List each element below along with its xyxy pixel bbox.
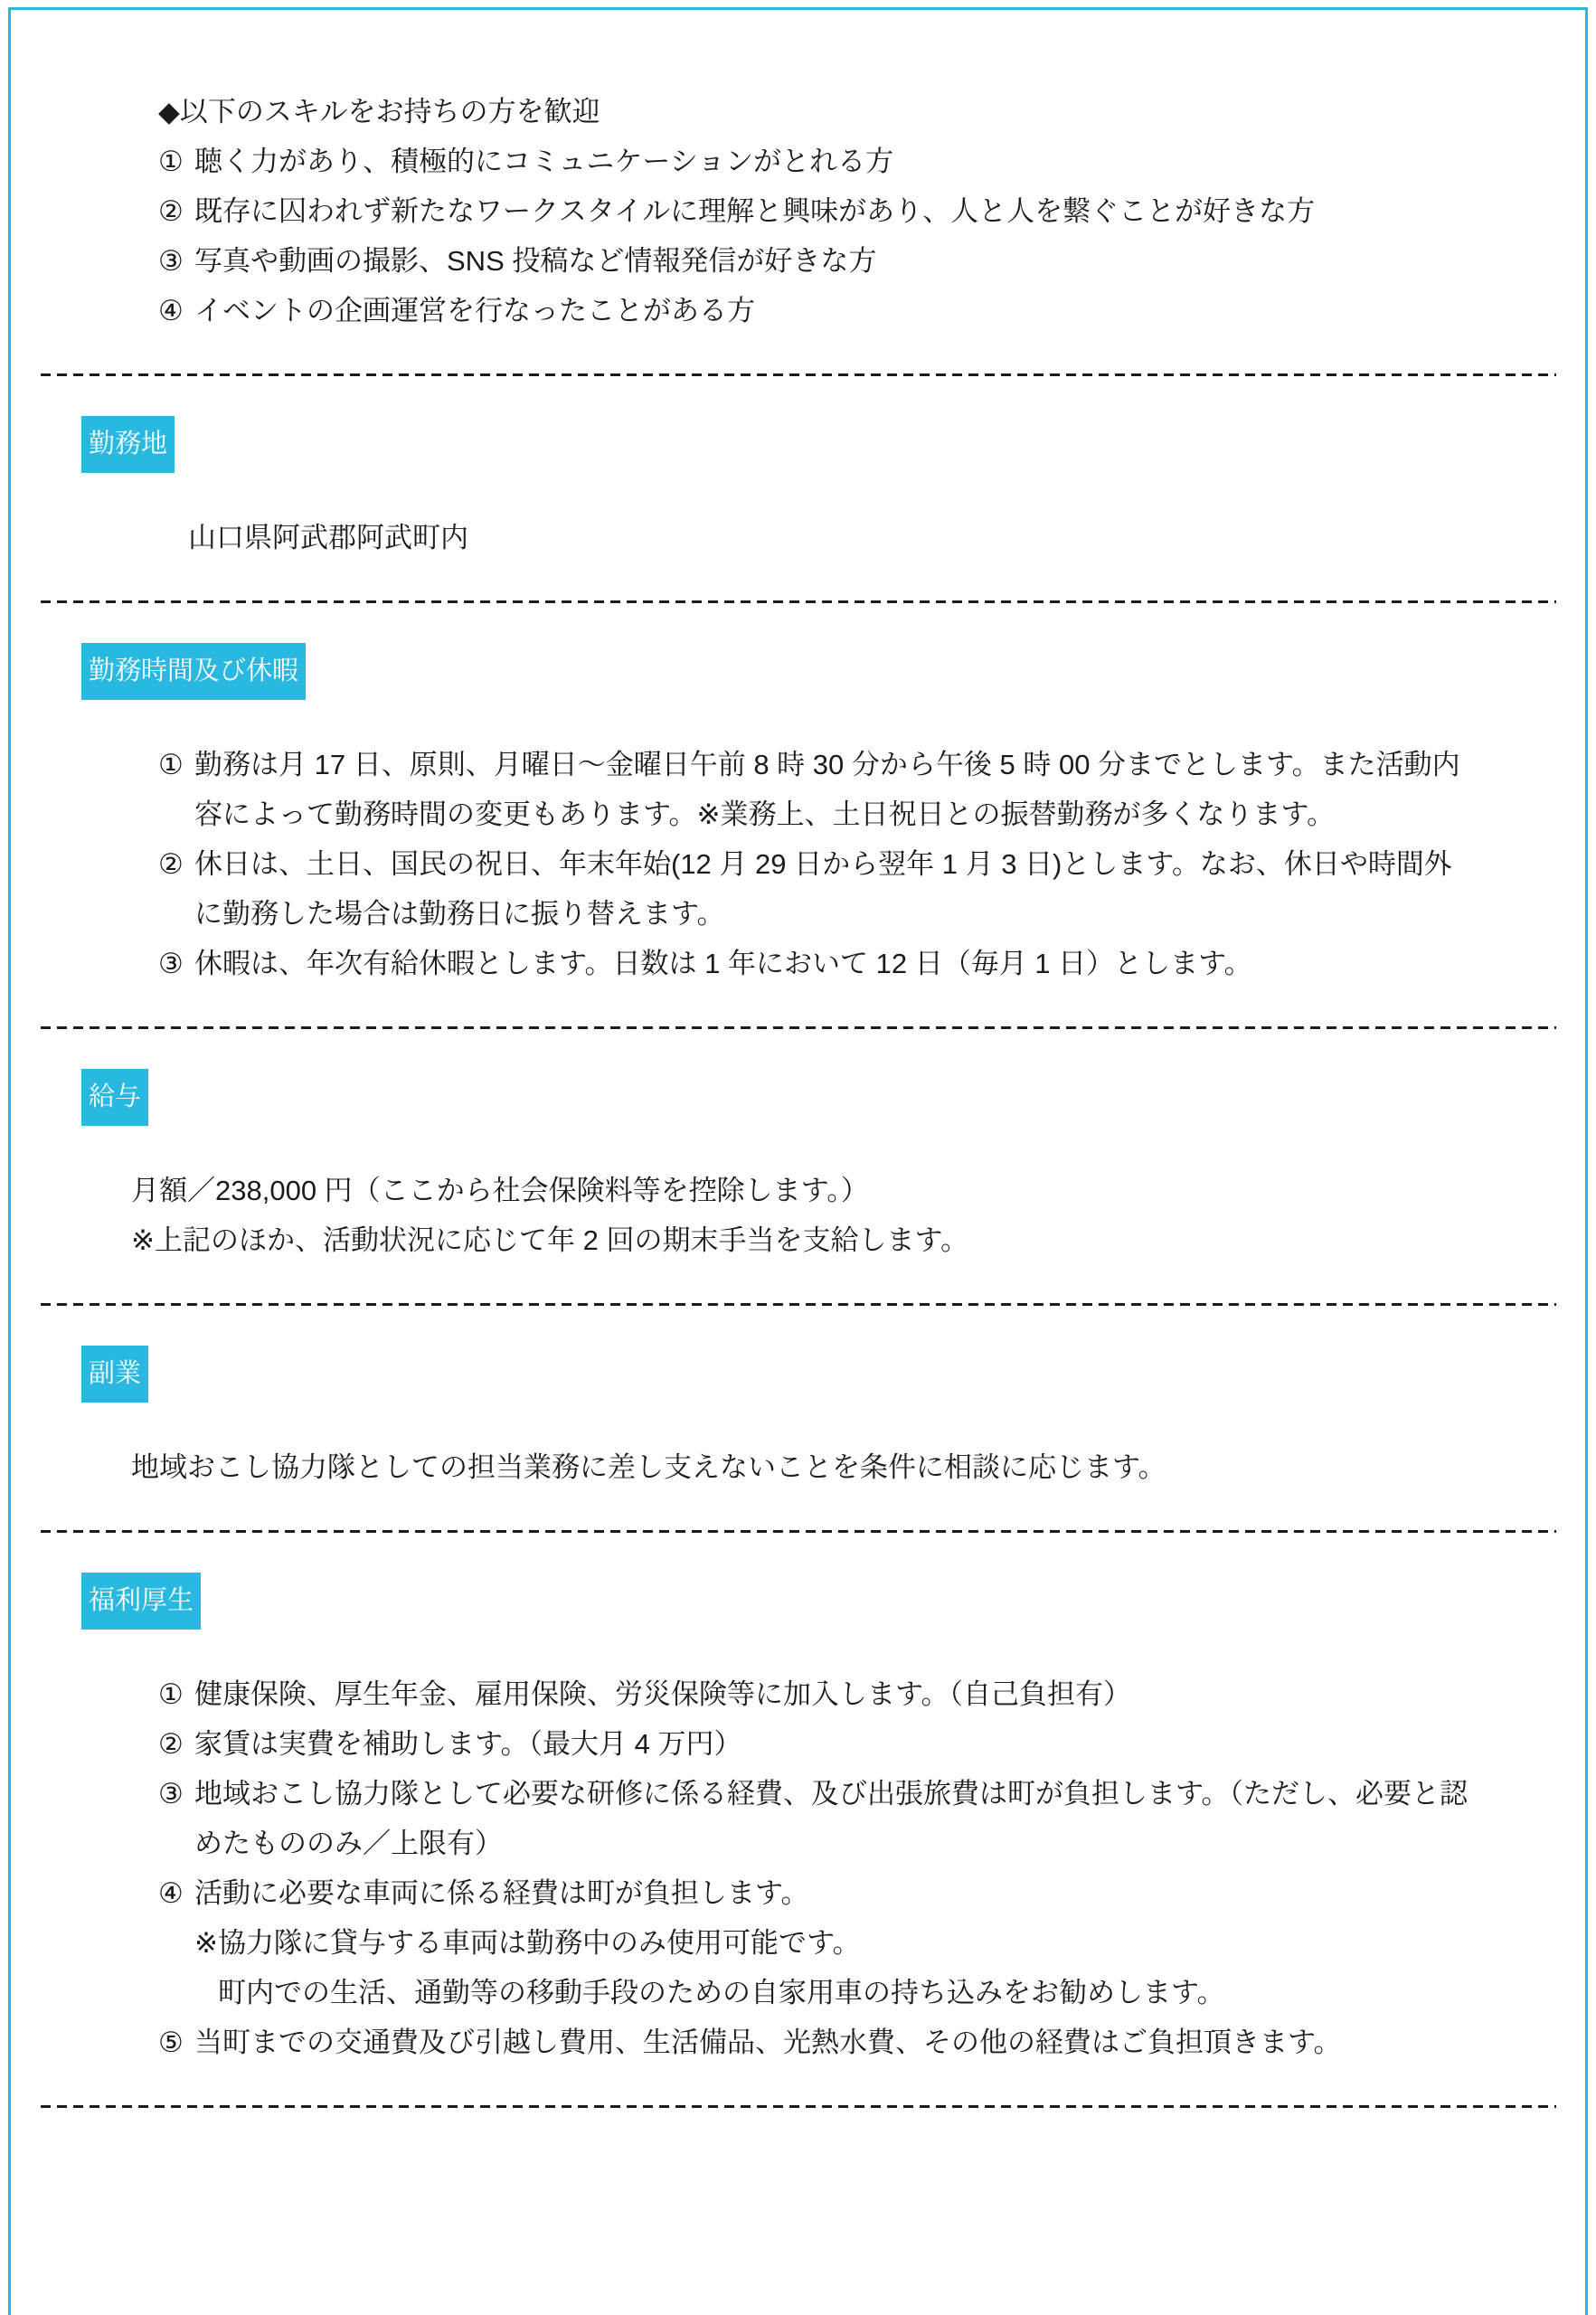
section-working-hours: 勤務時間及び休暇 ① 勤務は月 17 日、原則、月曜日～金曜日午前 8 時 30… [0, 603, 1596, 988]
paragraph: ※上記のほか、活動状況に応じて年 2 回の期末手当を支給します。 [131, 1215, 1478, 1265]
section-benefits: 福利厚生 ① 健康保険、厚生年金、雇用保険、労災保険等に加入します。（自己負担有… [0, 1533, 1596, 2067]
item-number: ① [158, 740, 194, 839]
list-item: ⑤ 当町までの交通費及び引越し費用、生活備品、光熱水費、その他の経費はご負担頂き… [158, 2017, 1478, 2067]
item-number: ① [158, 1669, 194, 1719]
section-workplace: 勤務地 山口県阿武郡阿武町内 [0, 376, 1596, 562]
item-number: ③ [158, 939, 194, 988]
item-number: ④ [158, 286, 194, 335]
paragraph: 地域おこし協力隊としての担当業務に差し支えないことを条件に相談に応じます。 [131, 1442, 1478, 1492]
item-text: 写真や動画の撮影、SNS 投稿など情報発信が好きな方 [194, 236, 1478, 286]
list-item: ① 聴く力があり、積極的にコミュニケーションがとれる方 [158, 137, 1478, 186]
item-text: 活動に必要な車両に係る経費は町が負担します。 [194, 1877, 809, 1909]
item-number: ② [158, 186, 194, 236]
item-note: ※協力隊に貸与する車両は勤務中のみ使用可能です。 [194, 1918, 1478, 1968]
list-item: ① 勤務は月 17 日、原則、月曜日～金曜日午前 8 時 30 分から午後 5 … [158, 740, 1478, 839]
item-number: ③ [158, 236, 194, 286]
item-number: ② [158, 839, 194, 939]
section-title-badge: 勤務時間及び休暇 [81, 643, 306, 700]
intro-heading: ◆以下のスキルをお持ちの方を歓迎 [158, 87, 1478, 137]
list-item: ① 健康保険、厚生年金、雇用保険、労災保険等に加入します。（自己負担有） [158, 1669, 1478, 1719]
list-item: ② 休日は、土日、国民の祝日、年末年始(12 月 29 日から翌年 1 月 3 … [158, 839, 1478, 939]
item-text: 家賃は実費を補助します。（最大月 4 万円） [194, 1719, 1478, 1769]
document-page: ◆以下のスキルをお持ちの方を歓迎 ① 聴く力があり、積極的にコミュニケーションが… [0, 0, 1596, 2315]
list-item: ② 家賃は実費を補助します。（最大月 4 万円） [158, 1719, 1478, 1769]
item-number: ① [158, 137, 194, 186]
item-number: ② [158, 1719, 194, 1769]
section-title-badge: 給与 [81, 1069, 148, 1126]
item-number: ③ [158, 1769, 194, 1868]
item-text: 勤務は月 17 日、原則、月曜日～金曜日午前 8 時 30 分から午後 5 時 … [194, 740, 1478, 839]
item-number: ⑤ [158, 2017, 194, 2067]
item-text-group: 活動に必要な車両に係る経費は町が負担します。 ※協力隊に貸与する車両は勤務中のみ… [194, 1868, 1478, 2017]
section-side-job: 副業 地域おこし協力隊としての担当業務に差し支えないことを条件に相談に応じます。 [0, 1306, 1596, 1492]
list-item: ③ 地域おこし協力隊として必要な研修に係る経費、及び出張旅費は町が負担します。（… [158, 1769, 1478, 1868]
intro-block: ◆以下のスキルをお持ちの方を歓迎 ① 聴く力があり、積極的にコミュニケーションが… [0, 87, 1596, 335]
item-text: 既存に囚われず新たなワークスタイルに理解と興味があり、人と人を繋ぐことが好きな方 [194, 186, 1478, 236]
section-title-badge: 勤務地 [81, 416, 175, 473]
section-title-badge: 福利厚生 [81, 1573, 201, 1630]
item-text: 健康保険、厚生年金、雇用保険、労災保険等に加入します。（自己負担有） [194, 1669, 1478, 1719]
dashed-divider [41, 2105, 1556, 2108]
item-note: 町内での生活、通勤等の移動手段のための自家用車の持ち込みをお勧めします。 [218, 1968, 1478, 2017]
item-text: 当町までの交通費及び引越し費用、生活備品、光熱水費、その他の経費はご負担頂きます… [194, 2017, 1478, 2067]
list-item: ③ 休暇は、年次有給休暇とします。日数は 1 年において 12 日（毎月 1 日… [158, 939, 1478, 988]
item-number: ④ [158, 1868, 194, 2017]
section-salary: 給与 月額／238,000 円（ここから社会保険料等を控除します。） ※上記のほ… [0, 1029, 1596, 1265]
item-text: イベントの企画運営を行なったことがある方 [194, 286, 1478, 335]
item-text: 休日は、土日、国民の祝日、年末年始(12 月 29 日から翌年 1 月 3 日)… [194, 839, 1478, 939]
item-text: 休暇は、年次有給休暇とします。日数は 1 年において 12 日（毎月 1 日）と… [194, 939, 1478, 988]
item-text: 聴く力があり、積極的にコミュニケーションがとれる方 [194, 137, 1478, 186]
section-title-badge: 副業 [81, 1346, 148, 1403]
page-content: ◆以下のスキルをお持ちの方を歓迎 ① 聴く力があり、積極的にコミュニケーションが… [0, 0, 1596, 2108]
list-item: ④ イベントの企画運営を行なったことがある方 [158, 286, 1478, 335]
paragraph: 山口県阿武郡阿武町内 [188, 513, 1478, 562]
item-text: 地域おこし協力隊として必要な研修に係る経費、及び出張旅費は町が負担します。（ただ… [194, 1769, 1478, 1868]
list-item: ③ 写真や動画の撮影、SNS 投稿など情報発信が好きな方 [158, 236, 1478, 286]
list-item: ④ 活動に必要な車両に係る経費は町が負担します。 ※協力隊に貸与する車両は勤務中… [158, 1868, 1478, 2017]
paragraph: 月額／238,000 円（ここから社会保険料等を控除します。） [131, 1166, 1478, 1215]
list-item: ② 既存に囚われず新たなワークスタイルに理解と興味があり、人と人を繋ぐことが好き… [158, 186, 1478, 236]
